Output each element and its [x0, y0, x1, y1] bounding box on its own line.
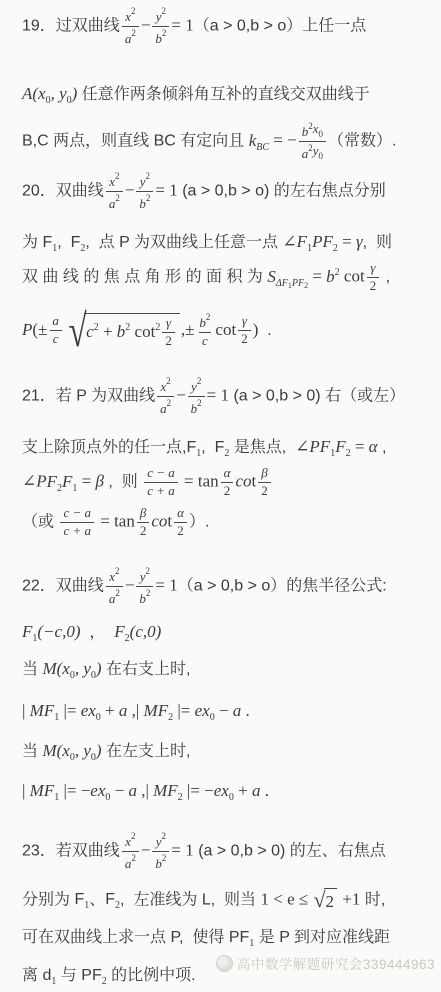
item22-line3: 当 M(x0, y0) 在右支上时, — [22, 658, 437, 683]
fraction-numerator: γ — [163, 316, 174, 332]
item20-line3: 双 曲 线 的 焦 点 角 形 的 面 积 为 SΔF1PF2 = b2 cot… — [22, 261, 437, 294]
subscripted-term: F1 — [320, 436, 335, 461]
subscripted-term: F2 — [322, 231, 337, 256]
superscripted-term: b2 — [155, 28, 166, 47]
fraction-numerator: x2 — [106, 566, 122, 586]
subscripted-term: SΔF1PF2 — [267, 266, 308, 291]
text-run: 2 — [165, 334, 172, 349]
term-base: y — [59, 84, 67, 103]
superscripted-term: x2 — [125, 6, 135, 25]
superscript: 2 — [162, 28, 167, 38]
fraction: x2a2 — [157, 376, 174, 417]
text-run: P — [22, 320, 32, 339]
text-run: 为 — [22, 234, 42, 251]
text-run: |= − — [183, 781, 214, 800]
text-run: 分别为 — [22, 891, 74, 908]
item21-line1: 21．若 P 为双曲线x2a2−y2b2= 1 (a > 0,b > 0) 右（… — [22, 376, 437, 417]
superscripted-term: b2 — [199, 312, 210, 331]
text-run: 23．若双曲线 — [22, 843, 120, 860]
term-base: cot — [130, 322, 155, 341]
text-run: 是焦点, — [229, 439, 295, 456]
text-run: + — [99, 321, 117, 342]
superscript: 2 — [131, 28, 136, 38]
fraction-denominator: 2 — [174, 522, 187, 539]
fraction-numerator: γ — [239, 314, 250, 330]
text-run: cot — [340, 267, 365, 286]
text-run: M( — [42, 659, 62, 678]
text-run: γ — [242, 314, 247, 329]
term-base: S — [267, 267, 276, 286]
fraction-numerator: c − a — [60, 506, 94, 522]
fraction-numerator: β — [258, 466, 270, 482]
term-base: b — [326, 267, 335, 286]
text-run: （a > 0,b > o）上任一点 — [194, 18, 367, 35]
text-run: α — [177, 506, 184, 521]
fraction: y2b2 — [152, 831, 169, 872]
text-run: c − a — [63, 506, 91, 521]
fraction-numerator: y2 — [153, 831, 169, 851]
item19-line2: A(x0, y0) 任意作两条倾斜角互补的直线交双曲线于 — [22, 83, 437, 108]
fraction-denominator: 2 — [137, 522, 150, 539]
text-run: 与 — [56, 967, 81, 984]
text-run: = 1 — [155, 576, 177, 595]
text-run: = 1 — [155, 181, 177, 200]
fraction: ac — [49, 314, 62, 347]
text-run: = — [77, 472, 95, 491]
item21-line3: ∠PF2F1 = β , 则 c − ac + a = tanα2cotβ2 — [22, 466, 437, 499]
subscripted-term: y0 — [313, 144, 323, 161]
text-run: A( — [22, 84, 38, 103]
text-run: = — [308, 267, 326, 286]
fraction-denominator: 2 — [238, 330, 251, 347]
term-base: F — [62, 472, 72, 491]
superscript: 2 — [115, 193, 120, 203]
text-run: 离 — [22, 967, 42, 984]
term-base: MF — [30, 781, 55, 800]
text-run: 支上除顶点外的任一点, — [22, 439, 186, 456]
subscripted-term: ex0 — [214, 780, 234, 805]
item21-line2: 支上除顶点外的任一点,F1, F2 是焦点, ∠PF1F2 = α , — [22, 436, 437, 461]
fraction: x2a2 — [122, 831, 139, 872]
fraction-denominator: 2 — [221, 482, 234, 499]
superscript: 2 — [115, 588, 120, 598]
text-run: |= − — [59, 781, 90, 800]
superscript: 2 — [115, 171, 120, 181]
term-base: F — [22, 622, 32, 641]
text-run: α — [369, 437, 378, 456]
text-run: P — [312, 232, 322, 251]
text-run: 22．双曲线 — [22, 578, 104, 595]
superscripted-term: a2 — [109, 588, 120, 607]
superscripted-term: cot2 — [130, 321, 160, 343]
text-run: 2 — [370, 279, 377, 294]
text-run: β — [140, 506, 146, 521]
subscripted-term: x0 — [62, 658, 75, 683]
text-run: 双 曲 线 的 焦 点 角 形 的 面 积 为 — [22, 269, 267, 286]
text-run: , 则 — [104, 474, 142, 491]
text-run: γ — [356, 232, 363, 251]
item22-line5: 当 M(x0, y0) 在左支上时, — [22, 740, 437, 765]
text-run: + — [234, 781, 252, 800]
superscript: 2 — [162, 6, 167, 16]
text-run: 在右支上时, — [102, 661, 191, 678]
square-root: √2 — [313, 888, 337, 912]
text-run: 、 — [89, 891, 105, 908]
fraction: c − ac + a — [144, 466, 178, 499]
fraction-numerator: γ — [367, 261, 378, 277]
term-base: F — [105, 891, 115, 908]
fraction-numerator: α — [174, 506, 187, 522]
superscript: 2 — [131, 831, 136, 841]
term-base: ex — [90, 781, 105, 800]
text-run: β — [96, 472, 104, 491]
subscripted-term: MF2 — [144, 700, 174, 725]
text-run: 2 — [140, 524, 147, 539]
text-run: , 左准线为 L, 则当 — [120, 891, 260, 908]
item23-line3: 可在双曲线上求一点 P, 使得 PF1 是 P 到对应准线距 — [22, 928, 437, 951]
text-run: | — [22, 781, 30, 800]
subscript: ΔF1PF2 — [276, 278, 308, 289]
text-run: co — [151, 512, 167, 531]
text-run: (a > 0,b > 0) 右（或左） — [229, 388, 405, 405]
term-base: F — [42, 234, 52, 251]
subscripted-term: F1 — [282, 278, 292, 291]
item20-line4: P(±ac√c2 + b2 cot2γ2,±b2ccotγ2) . — [22, 311, 437, 350]
text-run: co — [235, 472, 251, 491]
fraction-numerator: y2 — [153, 6, 169, 26]
fraction: β2 — [258, 466, 271, 499]
text-run: c — [53, 332, 59, 347]
subscript: 0 — [318, 129, 323, 139]
superscripted-term: y2 — [140, 171, 150, 190]
subscripted-term: y0 — [59, 83, 72, 108]
term-base: c — [86, 322, 94, 341]
subscripted-term: F1 — [297, 231, 312, 256]
term-base: PF — [81, 967, 101, 984]
text-run: ， — [80, 624, 114, 641]
term-base: F — [335, 437, 345, 456]
superscripted-term: y2 — [191, 376, 201, 395]
superscript: 2 — [197, 398, 202, 408]
text-run: − — [215, 701, 233, 720]
subscripted-term: F2 — [105, 890, 120, 913]
subscripted-term: F1 — [42, 233, 57, 256]
subscripted-term: d1 — [42, 966, 56, 989]
text-run: a — [233, 701, 242, 720]
fraction-denominator: 2 — [162, 332, 175, 349]
text-run: − — [141, 16, 151, 35]
fraction: c − ac + a — [60, 506, 94, 539]
text-run: 的比例中项. — [107, 967, 196, 984]
text-run: = — [338, 232, 356, 251]
text-run: ∠ — [295, 437, 309, 456]
superscripted-term: b2 — [117, 321, 131, 343]
text-run: = tan — [96, 512, 135, 531]
superscripted-term: x2 — [109, 171, 119, 190]
text-run: M( — [42, 741, 62, 760]
fraction-denominator: c — [50, 330, 62, 347]
text-run: , — [201, 439, 214, 456]
term-base: F — [74, 891, 84, 908]
term-base: PF — [229, 929, 249, 946]
fraction: y2b2 — [188, 376, 205, 417]
text-run: , — [57, 234, 70, 251]
term-base: F — [71, 234, 81, 251]
subscripted-term: PF1 — [229, 928, 254, 951]
term-base: x — [62, 659, 70, 678]
subscripted-term: F2 — [47, 471, 62, 496]
text-run: t — [167, 512, 172, 531]
term-base: F — [320, 437, 330, 456]
superscripted-term: a2 — [125, 853, 136, 872]
superscripted-term: a2 — [125, 28, 136, 47]
superscripted-term: b2 — [302, 121, 313, 140]
superscripted-term: a2 — [302, 143, 313, 162]
superscripted-term: b2 — [155, 853, 166, 872]
superscript: 2 — [146, 171, 151, 181]
text-run: , — [51, 84, 60, 103]
subscripted-term: MF1 — [30, 700, 60, 725]
superscripted-term: y2 — [156, 6, 166, 25]
term-base: b — [117, 322, 126, 341]
text-run: (± — [32, 320, 47, 339]
item19-line3: B,C 两点，则直线 BC 有定向且 kBC = −b2x0a2y0（常数）. — [22, 121, 437, 162]
fraction-numerator: y2 — [188, 376, 204, 396]
text-run: = tan — [180, 472, 219, 491]
text-run: − — [110, 781, 128, 800]
text-run: + — [101, 701, 119, 720]
fraction: γ2 — [238, 314, 251, 347]
text-run: β — [261, 466, 267, 481]
subscript: BC — [256, 142, 269, 153]
text-run: , 则 — [363, 234, 392, 251]
fraction-numerator: b2x0 — [299, 121, 326, 141]
document-page: 19．过双曲线x2a2−y2b2= 1（a > 0,b > o）上任一点A(x0… — [0, 0, 441, 992]
fraction-numerator: α — [221, 466, 234, 482]
fraction-denominator: 2 — [258, 482, 271, 499]
text-run: （或 — [22, 514, 58, 531]
term-base: F — [114, 622, 124, 641]
subscripted-term: ex0 — [90, 780, 110, 805]
item23-line2: 分别为 F1、F2, 左准线为 L, 则当 1 < e ≤ √2 +1 时, — [22, 888, 437, 913]
text-run: 在左支上时, — [102, 743, 191, 760]
term-base: F — [322, 232, 332, 251]
term-base: ex — [214, 781, 229, 800]
fraction-denominator: b2 — [188, 396, 205, 417]
subscripted-term: MF2 — [153, 780, 183, 805]
text-run: 2 — [224, 484, 231, 499]
superscripted-term: x2 — [160, 376, 170, 395]
text-run: 是 P 到对应准线距 — [254, 929, 390, 946]
text-run: 20．双曲线 — [22, 183, 104, 200]
text-run: − — [176, 386, 186, 405]
fraction: x2a2 — [122, 6, 139, 47]
text-run: ,| — [137, 781, 153, 800]
text-run: γ — [166, 316, 171, 331]
text-run: (a > 0,b > o) 的左右焦点分别 — [178, 183, 386, 200]
text-run: c − a — [147, 466, 175, 481]
text-run: P — [309, 437, 319, 456]
radical-sign: √ — [68, 311, 86, 350]
superscript: 2 — [197, 376, 202, 386]
text-run: , 点 P 为双曲线上任意一点 — [85, 234, 282, 251]
text-run: (a > 0,b > 0) 的左、右焦点 — [194, 843, 386, 860]
fraction-numerator: a — [49, 314, 62, 330]
text-run: − — [141, 841, 151, 860]
fraction-numerator: y2 — [137, 171, 153, 191]
superscripted-term: y2 — [140, 566, 150, 585]
superscript: 2 — [167, 398, 172, 408]
superscripted-term: a2 — [109, 193, 120, 212]
subscripted-term: F2 — [335, 436, 350, 461]
text-run: = 1 — [171, 16, 193, 35]
fraction-denominator: a2 — [157, 396, 174, 417]
text-run: = 1 — [207, 386, 229, 405]
fraction-denominator: a2 — [106, 191, 123, 212]
watermark: 高中数学解题研究会339444963 — [216, 953, 435, 973]
text-run: c + a — [147, 484, 175, 499]
superscripted-term: b2 — [191, 398, 202, 417]
fraction-denominator: c + a — [60, 522, 94, 539]
superscripted-term: a2 — [160, 398, 171, 417]
text-run: c — [202, 334, 208, 349]
fraction-denominator: b2 — [152, 851, 169, 872]
subscripted-term: y0 — [83, 740, 96, 765]
superscript: 2 — [206, 312, 211, 322]
text-run: 2 — [326, 891, 335, 912]
term-base: ex — [81, 701, 96, 720]
subscripted-term: ex0 — [81, 700, 101, 725]
fraction: α2 — [221, 466, 234, 499]
item23-line1: 23．若双曲线x2a2−y2b2= 1 (a > 0,b > 0) 的左、右焦点 — [22, 831, 437, 872]
subscripted-term: kBC — [249, 130, 269, 155]
fraction-denominator: b2 — [136, 191, 153, 212]
text-run: = — [351, 437, 369, 456]
fraction-denominator: c + a — [144, 482, 178, 499]
subscripted-term: ex0 — [195, 700, 215, 725]
text-run: B,C 两点，则直线 BC 有定向且 — [22, 133, 249, 150]
text-run: = − — [269, 131, 297, 150]
fraction-numerator: x2 — [106, 171, 122, 191]
text-run: |= — [59, 701, 81, 720]
superscript: 2 — [115, 566, 120, 576]
fraction-numerator: x2 — [122, 831, 138, 851]
fraction-denominator: c — [199, 332, 211, 349]
subscripted-term: F2 — [114, 621, 129, 646]
text-run: a — [128, 781, 137, 800]
text-run: 任意作两条倾斜角互补的直线交双曲线于 — [77, 86, 369, 103]
text-run: |= — [173, 701, 195, 720]
fraction-numerator: y2 — [137, 566, 153, 586]
term-base: y — [83, 741, 91, 760]
text-run: − — [125, 576, 135, 595]
text-run: (c,0) — [130, 622, 162, 641]
fraction: γ2 — [162, 316, 175, 349]
subscripted-term: x0 — [313, 122, 323, 139]
subscript: 0 — [318, 151, 323, 161]
fraction: b2c — [196, 312, 213, 349]
fraction-denominator: b2 — [152, 26, 169, 47]
item22-line4: | MF1 |= ex0 + a ,| MF2 |= ex0 − a . — [22, 700, 437, 725]
item20-line2: 为 F1, F2, 点 P 为双曲线上任意一点 ∠F1PF2 = γ, 则 — [22, 231, 437, 256]
text-run: = 1 — [171, 841, 193, 860]
superscripted-term: b2 — [326, 266, 340, 288]
text-run: a — [52, 314, 59, 329]
text-run: . — [241, 701, 250, 720]
text-run: （常数）. — [328, 133, 396, 150]
fraction: y2b2 — [136, 566, 153, 607]
superscript: 2 — [146, 588, 151, 598]
subscripted-term: MF1 — [30, 780, 60, 805]
subscripted-term: F1 — [74, 890, 89, 913]
text-run: +1 — [338, 889, 360, 908]
superscripted-term: b2 — [139, 588, 150, 607]
superscripted-term: y2 — [156, 831, 166, 850]
text-run: − — [125, 181, 135, 200]
text-run: (−c,0) — [37, 622, 80, 641]
fraction: x2a2 — [106, 171, 123, 212]
superscript: 2 — [162, 853, 167, 863]
superscript: 2 — [162, 831, 167, 841]
item22-line2: F1(−c,0) ， F2(c,0) — [22, 621, 437, 646]
text-run: , — [381, 269, 390, 286]
text-run: 时, — [360, 891, 385, 908]
term-base: MF — [144, 701, 169, 720]
superscripted-term: c2 — [86, 321, 99, 343]
term-base: x — [38, 84, 46, 103]
subscripted-term: y0 — [83, 658, 96, 683]
text-run: 可在双曲线上求一点 P, 使得 — [22, 929, 229, 946]
term-base: F — [297, 232, 307, 251]
text-run: ,| — [127, 701, 143, 720]
text-run: 21．若 P 为双曲线 — [22, 388, 155, 405]
text-run: 2 — [241, 332, 248, 347]
text-run: 2 — [261, 484, 268, 499]
superscript: 2 — [131, 853, 136, 863]
subscripted-term: F1 — [186, 438, 201, 461]
text-run: c + a — [63, 524, 91, 539]
term-base: F — [186, 439, 196, 456]
superscript: 2 — [146, 566, 151, 576]
term-base: F — [215, 439, 225, 456]
item20-line1: 20．双曲线x2a2−y2b2= 1 (a > 0,b > o) 的左右焦点分别 — [22, 171, 437, 212]
term-base: MF — [30, 701, 55, 720]
item19-line1: 19．过双曲线x2a2−y2b2= 1（a > 0,b > o）上任一点 — [22, 6, 437, 47]
fraction: x2a2 — [106, 566, 123, 607]
term-base: ex — [195, 701, 210, 720]
subscripted-term: F2 — [215, 438, 230, 461]
term-base: y — [83, 659, 91, 678]
text-run: ∠ — [282, 232, 296, 251]
text-run: 当 — [22, 661, 42, 678]
text-run: ∠ — [22, 472, 36, 491]
text-run: γ — [370, 261, 375, 276]
text-run: 1 < e ≤ — [261, 889, 313, 908]
term-base: x — [62, 741, 70, 760]
fraction-denominator: a2 — [122, 26, 139, 47]
text-run: ,± — [181, 320, 195, 339]
term-base: F — [47, 472, 57, 491]
fraction-numerator: β — [137, 506, 149, 522]
fraction-numerator: b2 — [196, 312, 213, 332]
subscripted-term: F1 — [62, 471, 77, 496]
fraction-denominator: a2 — [106, 586, 123, 607]
superscript: 2 — [155, 322, 160, 333]
subscripted-term: F2 — [71, 233, 86, 256]
text-run: , — [378, 439, 387, 456]
fraction: y2b2 — [136, 171, 153, 212]
text-run: | — [22, 701, 30, 720]
